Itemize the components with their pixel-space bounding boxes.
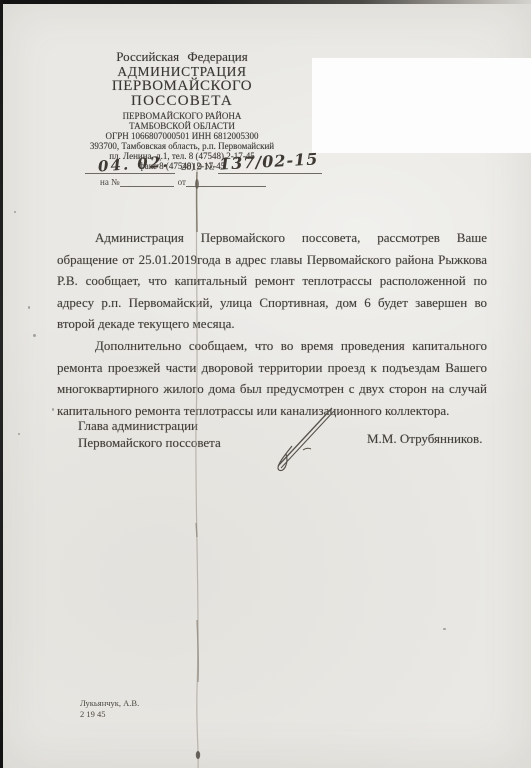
letterhead-address: 393700, Тамбовская область, р.п. Первома… — [32, 141, 332, 151]
scan-speckle — [28, 306, 30, 309]
letterhead-org-line3: ПОССОВЕТА — [32, 94, 332, 109]
handwritten-signature — [262, 396, 346, 480]
body-line: ремонта проезжей части дворовой территор… — [57, 357, 487, 379]
body-line: Администрация Первомайского поссовета, р… — [57, 227, 487, 249]
body-line: Дополнительно сообщаем, что во время про… — [57, 335, 487, 357]
letter-body: Администрация Первомайского поссовета, р… — [57, 227, 487, 421]
signer-title: Глава администрации Первомайского поссов… — [78, 418, 221, 451]
signer-name: М.М. Отрубянников. — [367, 431, 482, 447]
body-line: адресу р.п. Первомайский, улица Спортивн… — [57, 292, 487, 314]
scan-edge-top-artifact — [0, 0, 531, 4]
letterhead-region: ТАМБОВСКОЙ ОБЛАСТИ — [32, 121, 332, 131]
signer-title-line2: Первомайского поссовета — [78, 435, 221, 452]
scanned-letter-page: Российская Федерация АДМИНИСТРАЦИЯ ПЕРВО… — [0, 0, 531, 768]
body-line: Р.В. сообщает, что капитальный ремонт те… — [57, 270, 487, 292]
letterhead-country: Российская Федерация — [32, 49, 332, 65]
scan-speckle — [443, 628, 446, 630]
letterhead-ogrn-inn: ОГРН 1066807000501 ИНН 6812005300 — [32, 131, 332, 141]
executor-phone: 2 19 45 — [80, 709, 139, 720]
redaction-box — [312, 58, 531, 153]
executor-block: Лукьянчук, А.В. 2 19 45 — [80, 698, 139, 720]
scan-speckle — [18, 433, 20, 435]
year-number-label: 2019 № — [181, 162, 215, 173]
signer-title-line1: Глава администрации — [78, 418, 221, 435]
reply-from-label: от — [178, 177, 186, 187]
letterhead-district: ПЕРВОМАЙСКОГО РАЙОНА — [32, 111, 332, 121]
letterhead-org-line2: ПЕРВОМАЙСКОГО — [32, 79, 332, 94]
scan-speckle — [52, 408, 54, 411]
reply-to-label: на № — [100, 177, 120, 187]
scan-edge-left-artifact — [0, 0, 3, 768]
scan-speckle — [33, 334, 36, 337]
reply-date-underline — [186, 176, 266, 187]
body-line: обращение от 25.01.2019года в адрес глав… — [57, 249, 487, 271]
reply-reference-line: на №от — [100, 176, 266, 187]
reply-number-underline — [120, 176, 174, 187]
executor-name: Лукьянчук, А.В. — [80, 698, 139, 709]
body-line: второй декаде текущего месяца. — [57, 313, 487, 335]
scan-speckle — [14, 211, 16, 213]
letterhead-org-line1: АДМИНИСТРАЦИЯ — [32, 65, 332, 79]
